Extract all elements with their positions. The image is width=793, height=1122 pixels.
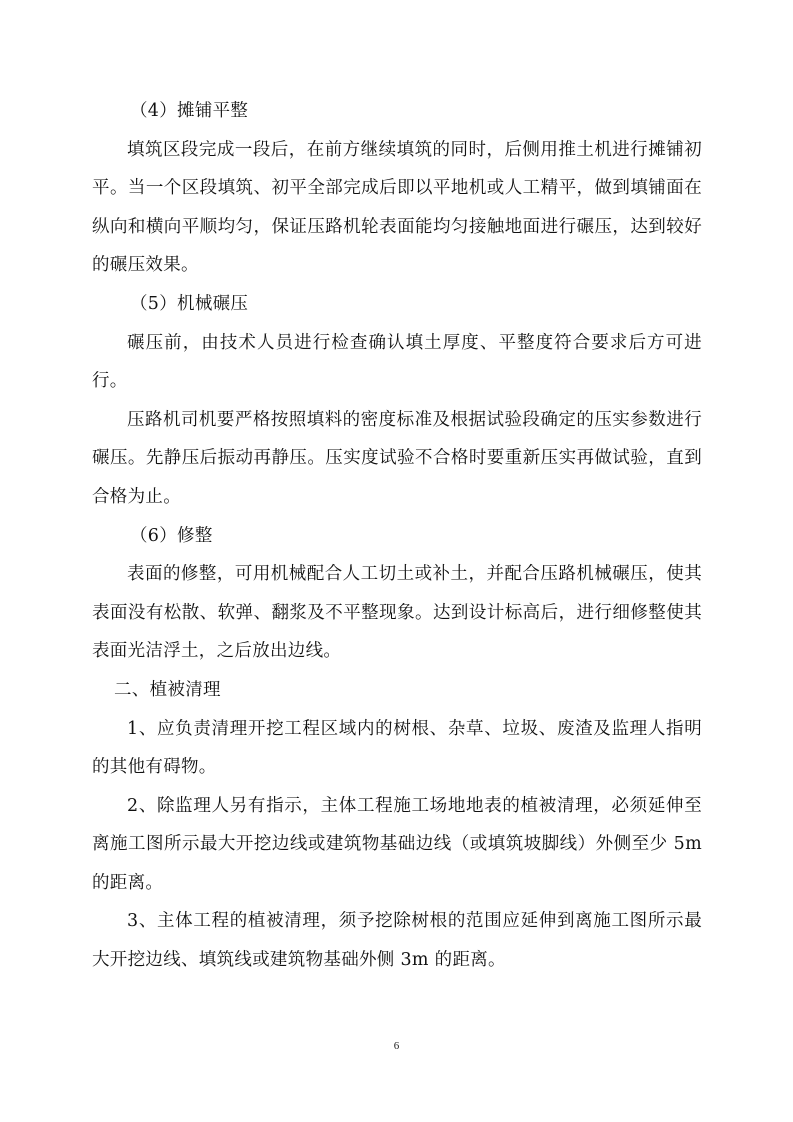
page-body: （4）摊铺平整 填筑区段完成一段后，在前方继续填筑的同时，后侧用推土机进行摊铺初…: [92, 92, 702, 980]
paragraph-roller-operation: 压路机司机要严格按照填料的密度标准及根据试验段确定的压实参数进行碾压。先静压后振…: [92, 401, 702, 517]
subheading-spreading-leveling: （4）摊铺平整: [92, 92, 702, 131]
section-heading-vegetation-clearing: 二、植被清理: [92, 671, 702, 710]
paragraph-clearing-item-2: 2、除监理人另有指示，主体工程施工场地地表的植被清理，必须延伸至离施工图所示最大…: [92, 787, 702, 903]
paragraph-clearing-item-3: 3、主体工程的植被清理，须予挖除树根的范围应延伸到离施工图所示最大开挖边线、填筑…: [92, 902, 702, 979]
paragraph-clearing-item-1: 1、应负责清理开挖工程区域内的树根、杂草、垃圾、废渣及监理人指明的其他有碍物。: [92, 710, 702, 787]
document-page: （4）摊铺平整 填筑区段完成一段后，在前方继续填筑的同时，后侧用推土机进行摊铺初…: [0, 0, 793, 1122]
paragraph-spreading: 填筑区段完成一段后，在前方继续填筑的同时，后侧用推土机进行摊铺初平。当一个区段填…: [92, 131, 702, 285]
paragraph-trimming: 表面的修整，可用机械配合人工切土或补土，并配合压路机械碾压，使其表面没有松散、软…: [92, 555, 702, 671]
subheading-mechanical-compaction: （5）机械碾压: [92, 285, 702, 324]
page-number: 6: [0, 1040, 793, 1052]
subheading-trimming: （6）修整: [92, 517, 702, 556]
paragraph-pre-compaction-check: 碾压前，由技术人员进行检查确认填土厚度、平整度符合要求后方可进行。: [92, 324, 702, 401]
